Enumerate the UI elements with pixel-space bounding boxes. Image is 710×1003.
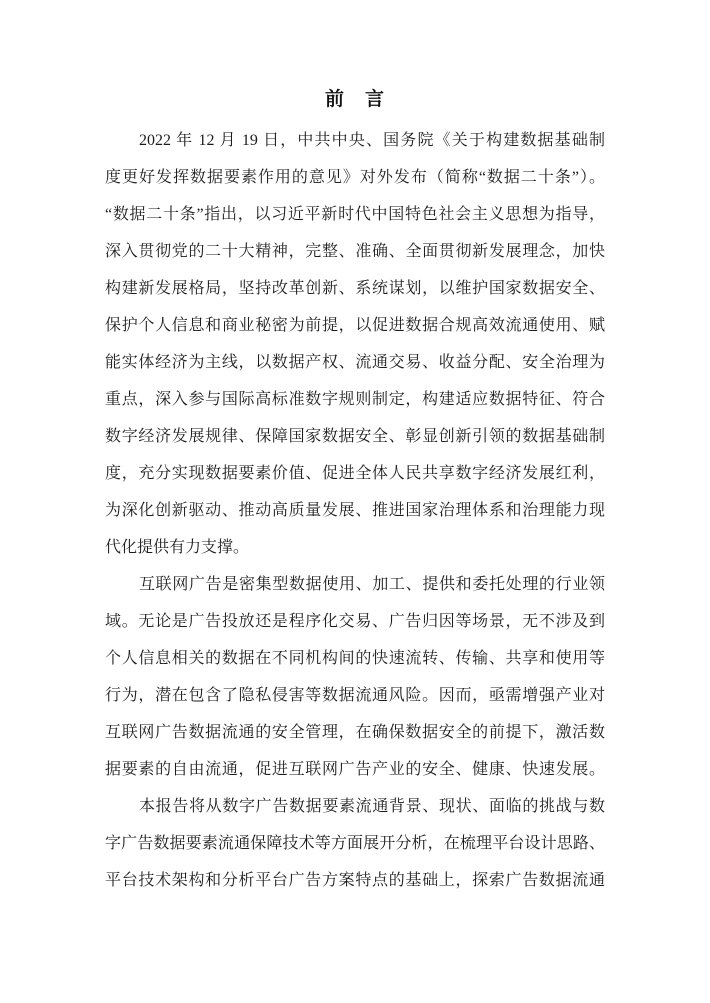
text-line: 2022 年 12 月 19 日，中共中央、国务院《关于构建数据基础制 — [105, 122, 605, 159]
paragraph: 2022 年 12 月 19 日，中共中央、国务院《关于构建数据基础制 度更好发… — [105, 122, 605, 566]
text-line: 能实体经济为主线，以数据产权、流通交易、收益分配、安全治理为 — [105, 344, 605, 381]
text-line: 数字经济发展规律、保障国家数据安全、彰显创新引领的数据基础制 — [105, 418, 605, 455]
paragraph: 本报告将从数字广告数据要素流通背景、现状、面临的挑战与数 字广告数据要素流通保障… — [105, 788, 605, 899]
text-line: “数据二十条”指出，以习近平新时代中国特色社会主义思想为指导， — [105, 196, 605, 233]
paragraph: 互联网广告是密集型数据使用、加工、提供和委托处理的行业领 域。无论是广告投放还是… — [105, 566, 605, 788]
document-page: 前 言 2022 年 12 月 19 日，中共中央、国务院《关于构建数据基础制 … — [0, 0, 710, 1003]
text-line: 行为，潜在包含了隐私侵害等数据流通风险。因而，亟需增强产业对 — [105, 677, 605, 714]
text-line: 重点，深入参与国际高标准数字规则制定，构建适应数据特征、符合 — [105, 381, 605, 418]
text-line: 构建新发展格局，坚持改革创新、系统谋划，以维护国家数据安全、 — [105, 270, 605, 307]
text-line: 度，充分实现数据要素价值、促进全体人民共享数字经济发展红利， — [105, 455, 605, 492]
text-line: 互联网广告数据流通的安全管理，在确保数据安全的前提下，激活数 — [105, 714, 605, 751]
text-line: 代化提供有力支撑。 — [105, 529, 605, 566]
text-line: 域。无论是广告投放还是程序化交易、广告归因等场景，无不涉及到 — [105, 603, 605, 640]
text-line: 个人信息相关的数据在不同机构间的快速流转、传输、共享和使用等 — [105, 640, 605, 677]
text-line: 保护个人信息和商业秘密为前提，以促进数据合规高效流通使用、赋 — [105, 307, 605, 344]
text-line: 平台技术架构和分析平台广告方案特点的基础上，探索广告数据流通 — [105, 862, 605, 899]
page-title: 前 言 — [0, 87, 710, 113]
text-line: 深入贯彻党的二十大精神，完整、准确、全面贯彻新发展理念，加快 — [105, 233, 605, 270]
document-body: 2022 年 12 月 19 日，中共中央、国务院《关于构建数据基础制 度更好发… — [105, 122, 605, 899]
text-line: 为深化创新驱动、推动高质量发展、推进国家治理体系和治理能力现 — [105, 492, 605, 529]
text-line: 度更好发挥数据要素作用的意见》对外发布（简称“数据二十条”）。 — [105, 159, 605, 196]
text-line: 据要素的自由流通，促进互联网广告产业的安全、健康、快速发展。 — [105, 751, 605, 788]
text-line: 互联网广告是密集型数据使用、加工、提供和委托处理的行业领 — [105, 566, 605, 603]
text-line: 字广告数据要素流通保障技术等方面展开分析，在梳理平台设计思路、 — [105, 825, 605, 862]
text-line: 本报告将从数字广告数据要素流通背景、现状、面临的挑战与数 — [105, 788, 605, 825]
